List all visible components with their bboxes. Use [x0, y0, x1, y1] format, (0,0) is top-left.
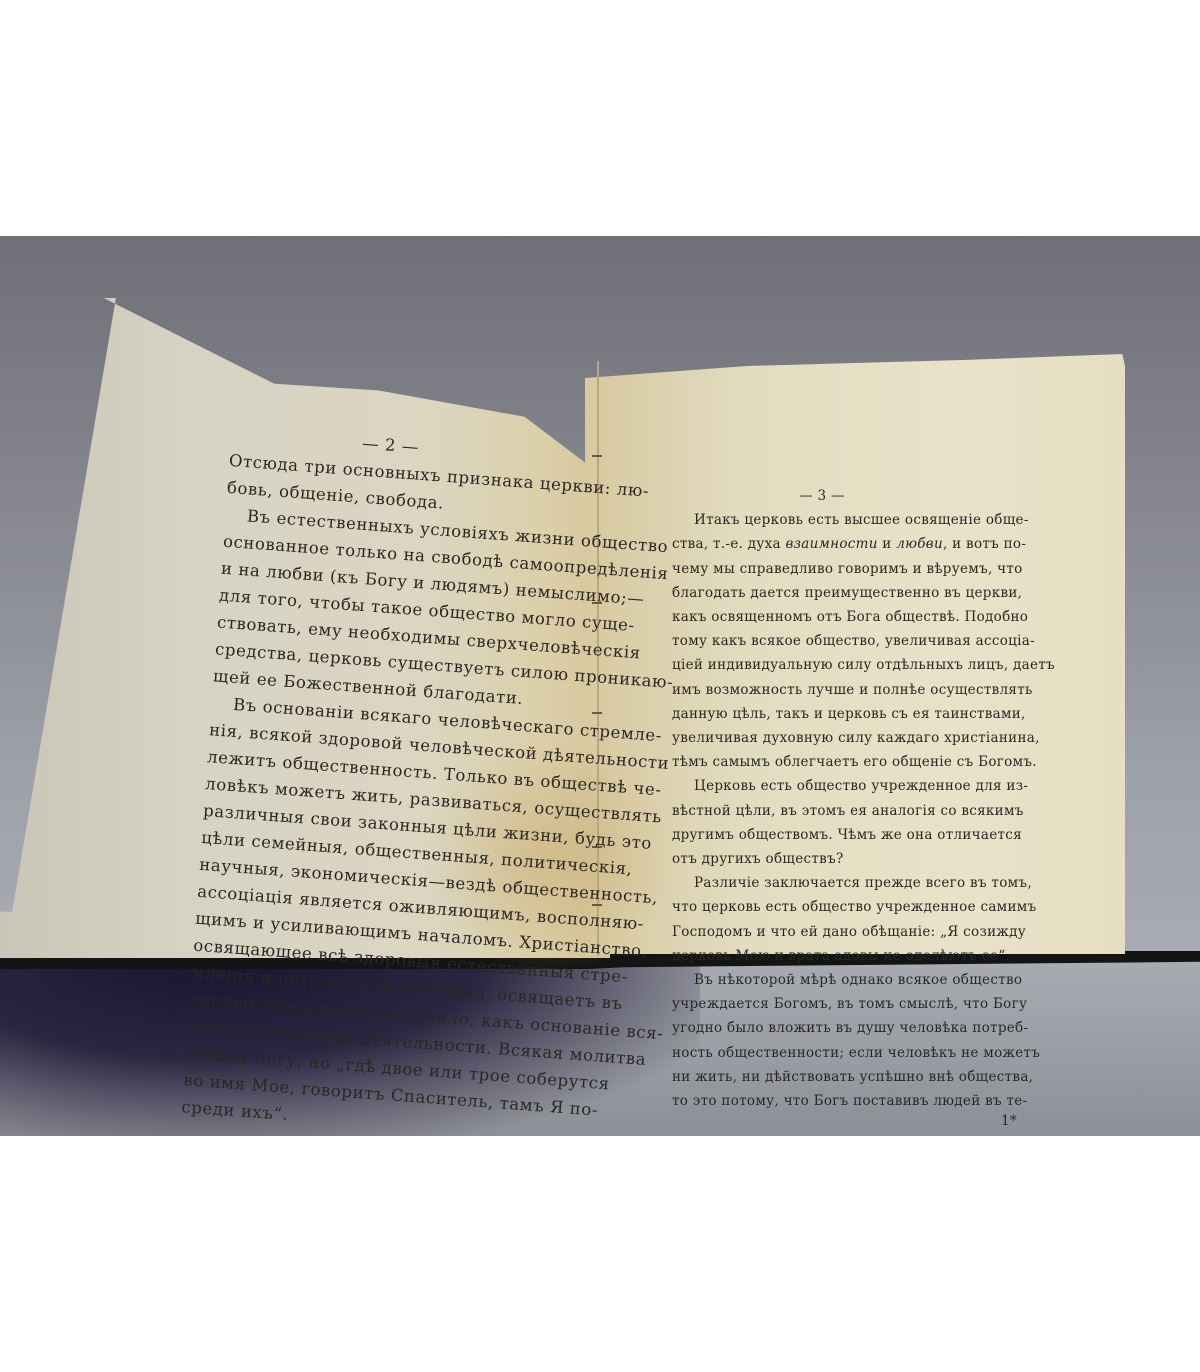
italic-emphasis: любви [896, 536, 943, 552]
text-line: Въ нѣкоторой мѣрѣ однако всякое общество [672, 968, 1055, 992]
left-page-text: — 2 — Отсюда три основныхъ признака церк… [181, 420, 706, 1155]
text-line: ціей индивидуальную силу отдѣльныхъ лицъ… [672, 653, 1055, 677]
text-line: угодно было вложить въ душу человѣка пот… [672, 1016, 1055, 1040]
text-line: ни жить, ни дѣйствовать успѣшно внѣ обще… [672, 1065, 1055, 1089]
text-line: церковь Мою и врата адовы не одолѣютъ ее… [672, 944, 1055, 968]
text-line: Господомъ и что ей дано обѣщаніе: „Я соз… [672, 920, 1055, 944]
text-line: вѣстной цѣли, въ этомъ ея аналогія со вс… [672, 799, 1055, 823]
text-line: какъ освященномъ отъ Бога обществѣ. Подо… [672, 605, 1055, 629]
text-line: имъ возможность лучше и полнѣе осуществл… [672, 678, 1055, 702]
text-line: чему мы справедливо говоримъ и вѣруемъ, … [672, 557, 1055, 581]
text-line: тому какъ всякое общество, увеличивая ас… [672, 629, 1055, 653]
text-line: то это потому, что Богъ поставивъ людей … [672, 1089, 1055, 1113]
text-line: благодать дается преимущественно въ церк… [672, 581, 1055, 605]
text-line: что церковь есть общество учрежденное са… [672, 895, 1055, 919]
text-line: Различіе заключается прежде всего въ том… [672, 871, 1055, 895]
text-line: ность общественности; если человѣкъ не м… [672, 1041, 1055, 1065]
text-line: Итакъ церковь есть высшее освященіе обще… [672, 508, 1055, 532]
text-line: другимъ обществомъ. Чѣмъ же она отличает… [672, 823, 1055, 847]
text-line: увеличивая духовную силу каждаго христіа… [672, 726, 1055, 750]
page-number: — 3 — [672, 484, 972, 508]
text-line: ства, т.-е. духа взаимности и любви, и в… [672, 532, 1055, 556]
italic-emphasis: взаимности [785, 536, 877, 552]
text-line: учреждается Богомъ, въ томъ смыслѣ, что … [672, 992, 1055, 1016]
text-line: отъ другихъ обществъ? [672, 847, 1055, 871]
signature-mark: 1* [672, 1113, 1017, 1129]
text-line: данную цѣль, такъ и церковь съ ея таинст… [672, 702, 1055, 726]
right-page-text: — 3 — Итакъ церковь есть высшее освящені… [672, 484, 1055, 1129]
text-line: Церковь есть общество учрежденное для из… [672, 774, 1055, 798]
text-line: тѣмъ самымъ облегчаетъ его общеніе съ Бо… [672, 750, 1055, 774]
